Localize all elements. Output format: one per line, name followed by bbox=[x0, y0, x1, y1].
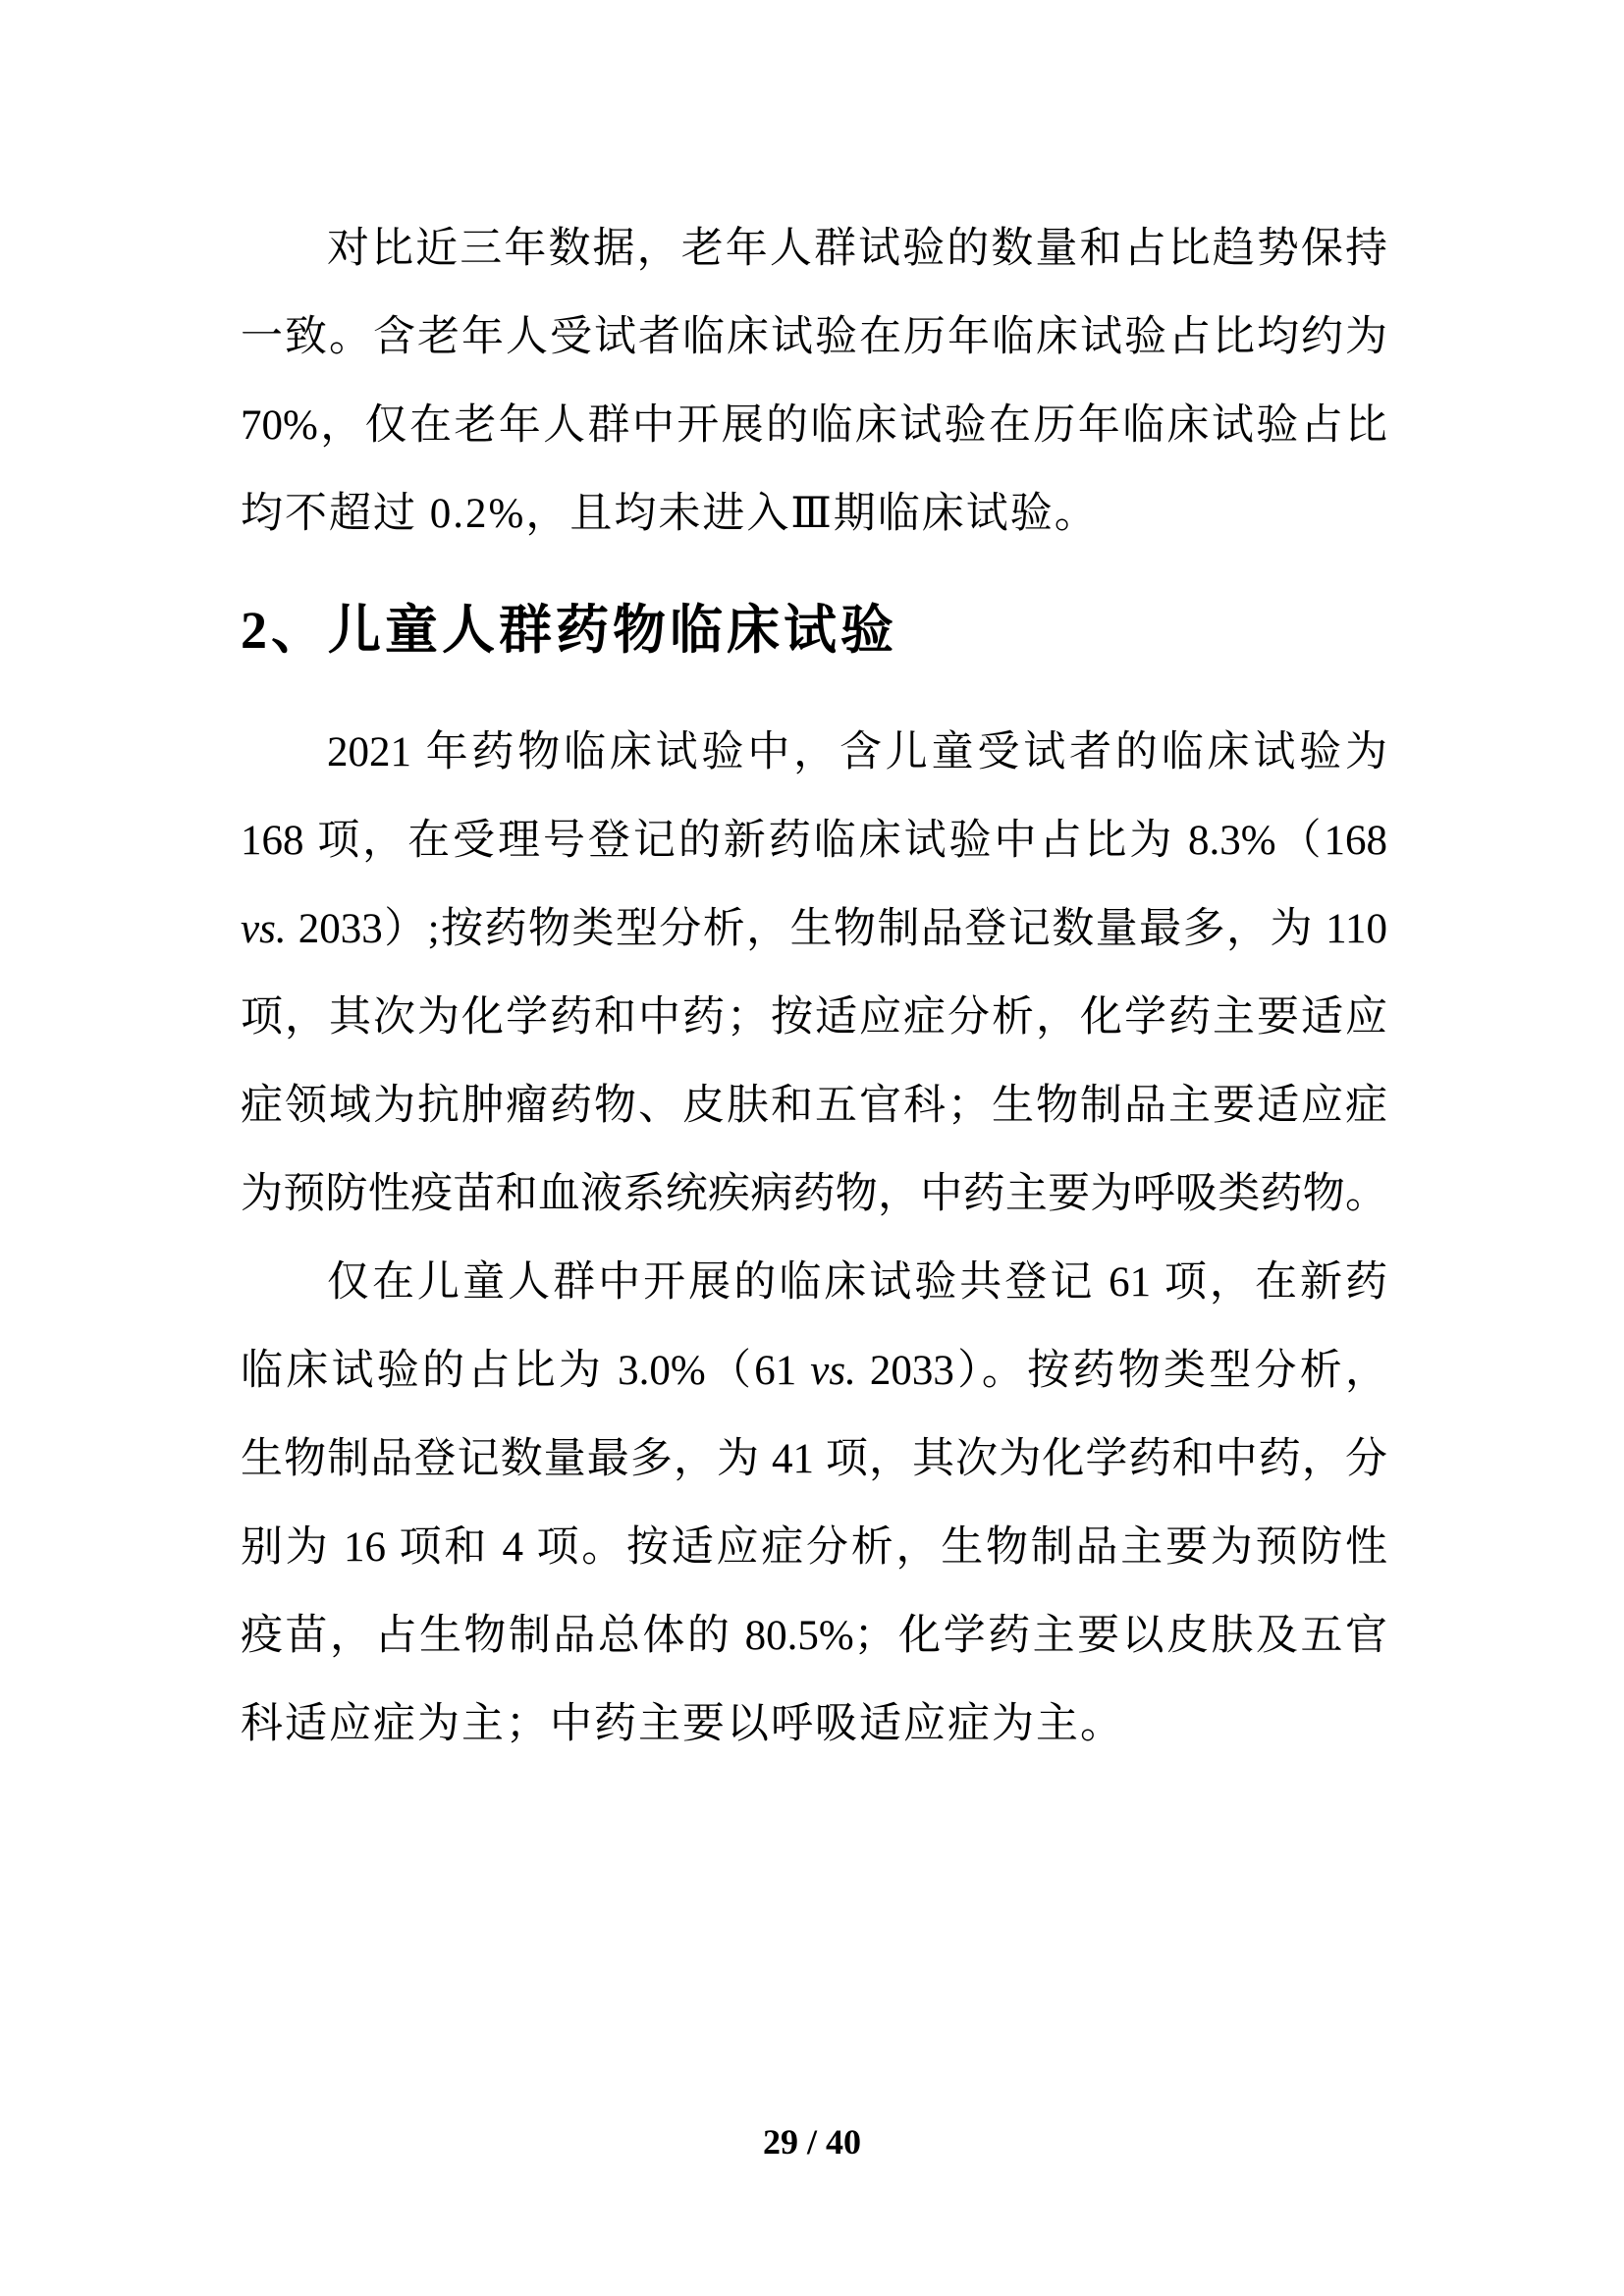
paragraph-children-trials-1: 2021 年药物临床试验中，含儿童受试者的临床试验为 168 项，在受理号登记的… bbox=[241, 709, 1387, 1239]
text-line: 168 项，在受理号登记的新药临床试验中占比为 8.3%（168 bbox=[241, 797, 1387, 885]
text-line: 生物制品登记数量最多，为 41 项，其次为化学药和中药，分 bbox=[241, 1415, 1387, 1504]
paragraph-children-trials-2: 仅在儿童人群中开展的临床试验共登记 61 项，在新药 临床试验的占比为 3.0%… bbox=[241, 1239, 1387, 1769]
page-number: 29 / 40 bbox=[0, 2112, 1624, 2171]
vs-abbrev: vs. bbox=[241, 906, 287, 952]
text-segment: 2033）;按药物类型分析，生物制品登记数量最多，为 110 bbox=[287, 906, 1387, 952]
text-line: 别为 16 项和 4 项。按适应症分析，生物制品主要为预防性 bbox=[241, 1504, 1387, 1592]
document-page: 对比近三年数据，老年人群试验的数量和占比趋势保持 一致。含老年人受试者临床试验在… bbox=[0, 0, 1624, 2296]
section-heading: 2、儿童人群药物临床试验 bbox=[241, 586, 1387, 674]
text-line: 2021 年药物临床试验中，含儿童受试者的临床试验为 bbox=[241, 709, 1387, 797]
vs-abbrev: vs. bbox=[810, 1348, 856, 1394]
text-line: 疫苗，占生物制品总体的 80.5%；化学药主要以皮肤及五官 bbox=[241, 1592, 1387, 1681]
text-segment: 临床试验的占比为 3.0%（61 bbox=[241, 1348, 810, 1394]
text-line: 科适应症为主；中药主要以呼吸适应症为主。 bbox=[241, 1681, 1387, 1769]
text-line: 临床试验的占比为 3.0%（61 vs. 2033）。按药物类型分析， bbox=[241, 1327, 1387, 1415]
text-line: 均不超过 0.2%，且均未进入Ⅲ期临床试验。 bbox=[241, 470, 1387, 559]
text-line: 症领域为抗肿瘤药物、皮肤和五官科；生物制品主要适应症 bbox=[241, 1062, 1387, 1150]
text-line: 项，其次为化学药和中药；按适应症分析，化学药主要适应 bbox=[241, 974, 1387, 1062]
text-line: 对比近三年数据，老年人群试验的数量和占比趋势保持 bbox=[241, 205, 1387, 294]
paragraph-elderly-trials: 对比近三年数据，老年人群试验的数量和占比趋势保持 一致。含老年人受试者临床试验在… bbox=[241, 205, 1387, 559]
text-line: 70%，仅在老年人群中开展的临床试验在历年临床试验占比 bbox=[241, 382, 1387, 470]
text-line: 仅在儿童人群中开展的临床试验共登记 61 项，在新药 bbox=[241, 1239, 1387, 1327]
text-line: 一致。含老年人受试者临床试验在历年临床试验占比均约为 bbox=[241, 294, 1387, 382]
text-segment: 2033）。按药物类型分析， bbox=[856, 1348, 1387, 1394]
text-line: vs. 2033）;按药物类型分析，生物制品登记数量最多，为 110 bbox=[241, 885, 1387, 974]
text-line: 为预防性疫苗和血液系统疾病药物，中药主要为呼吸类药物。 bbox=[241, 1150, 1387, 1239]
